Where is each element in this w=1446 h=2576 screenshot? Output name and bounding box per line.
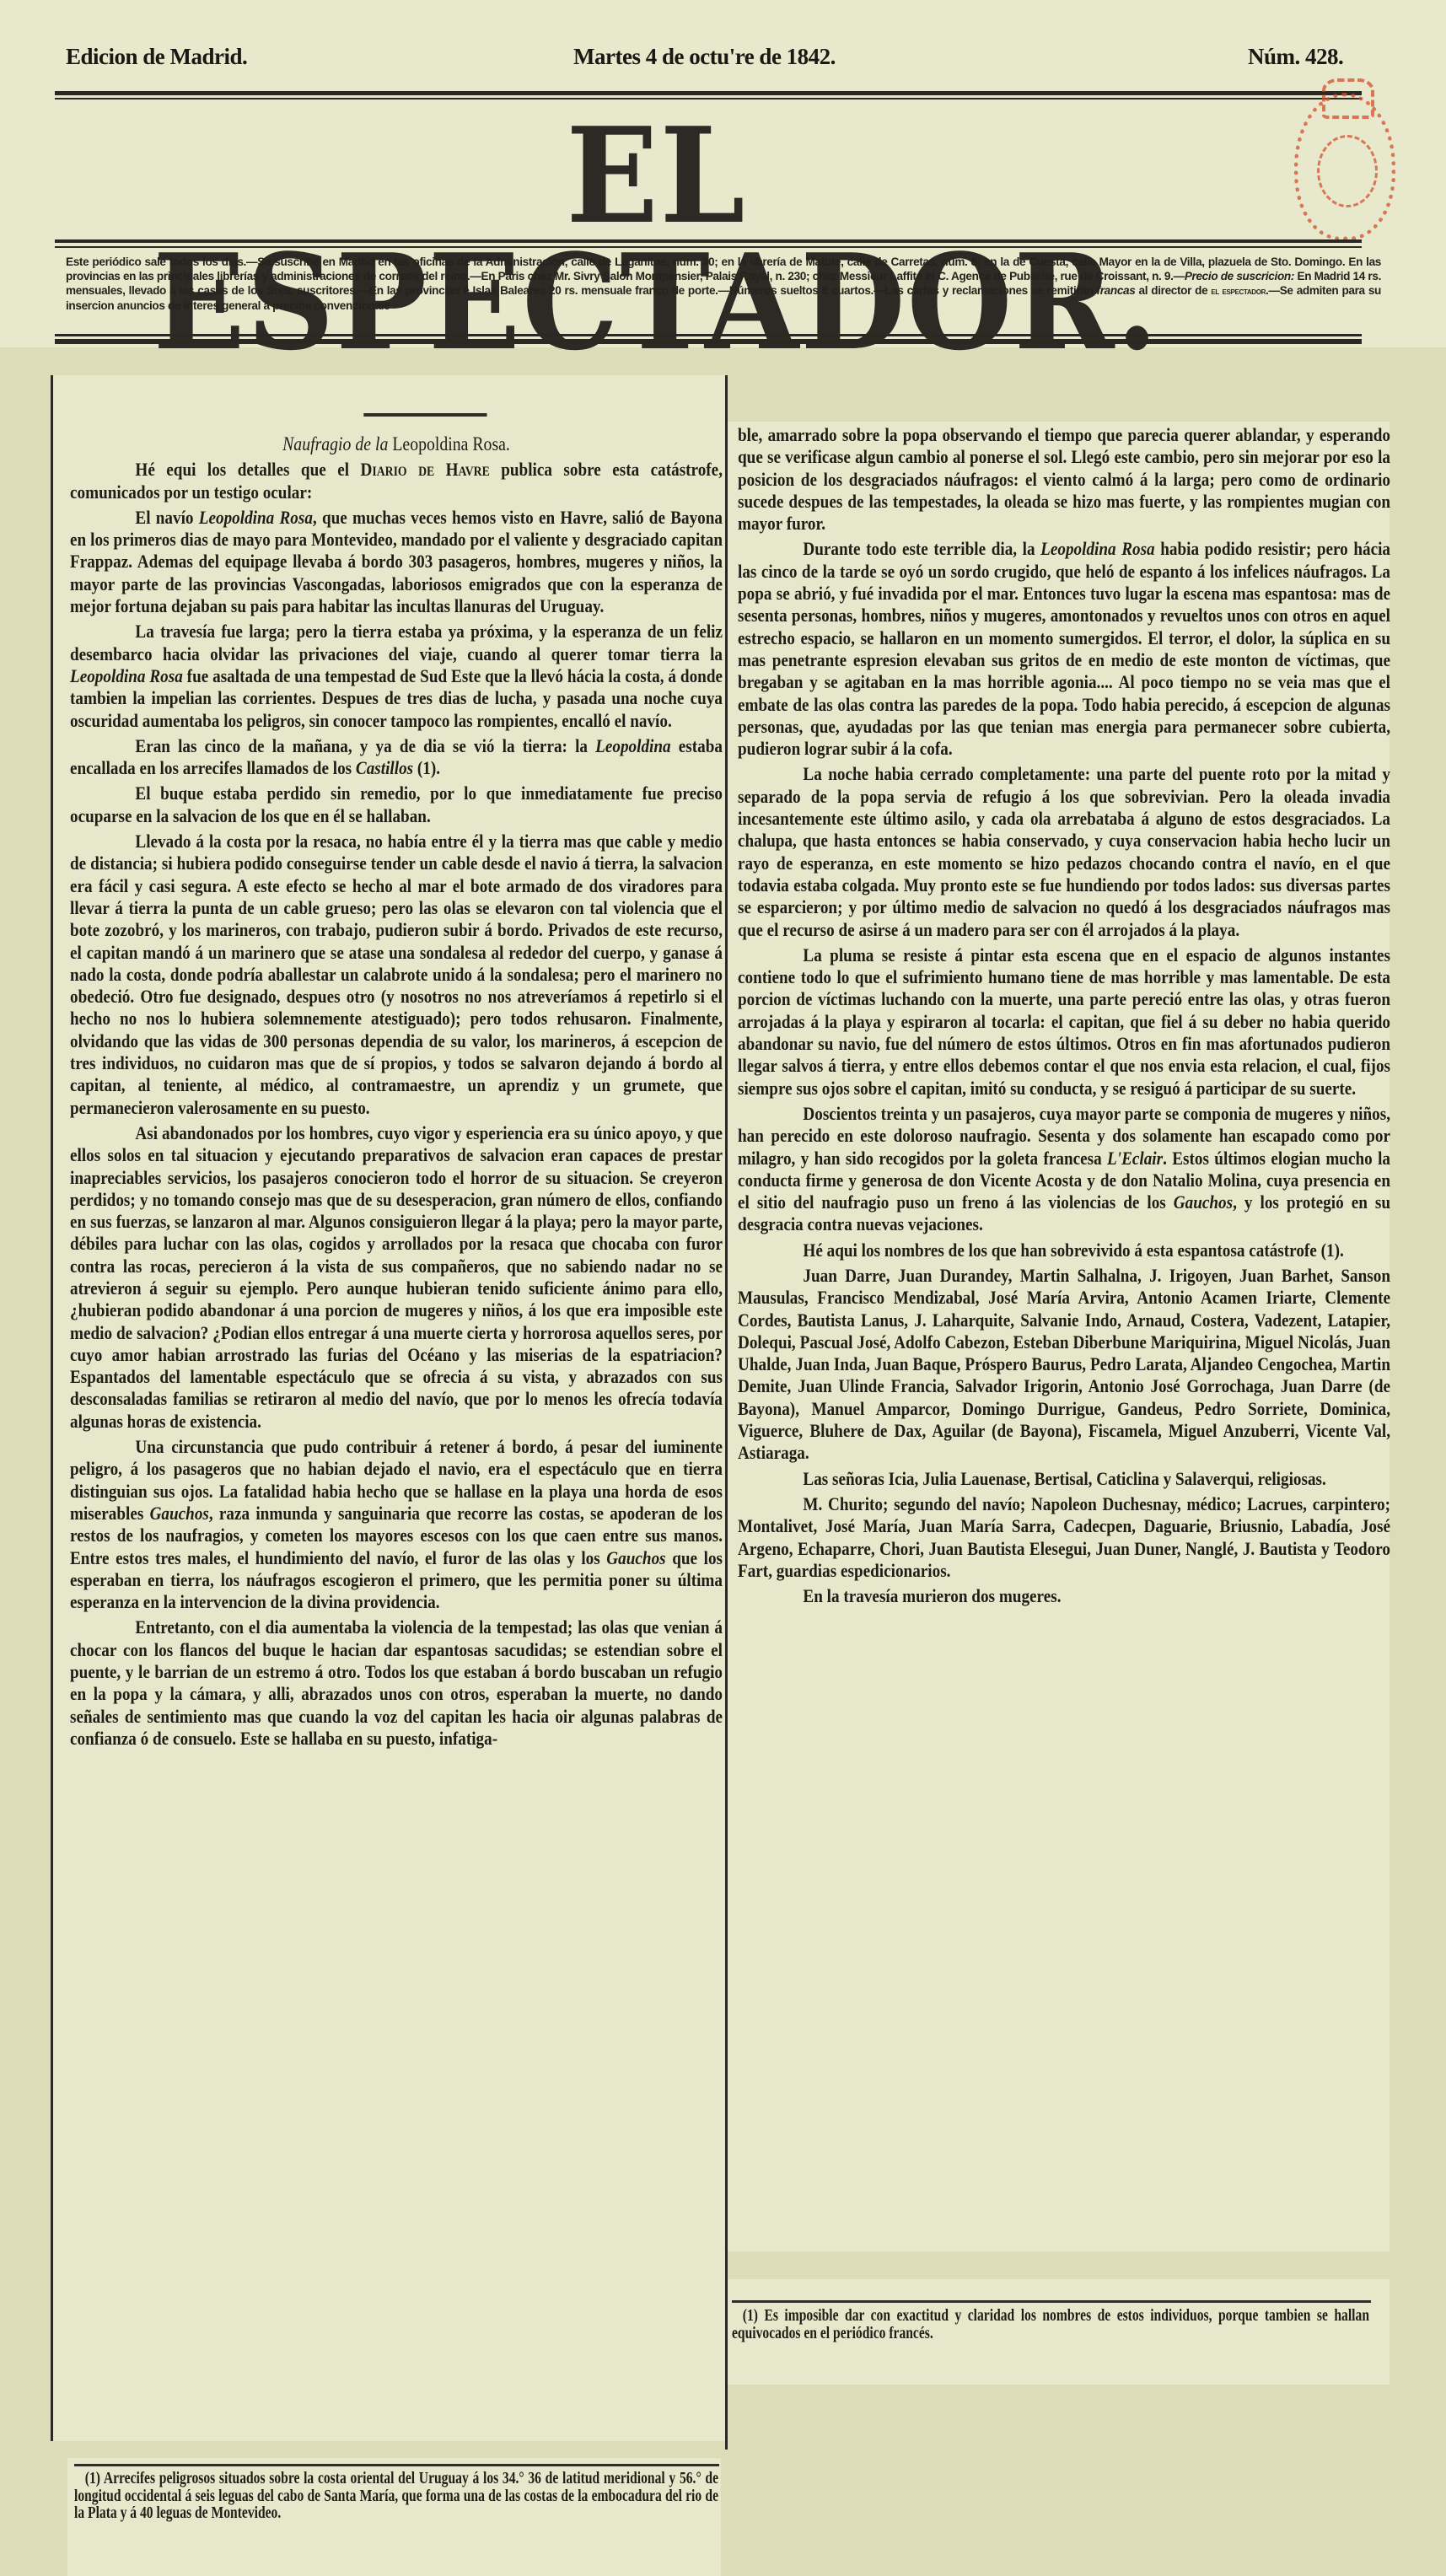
issue-date: Martes 4 de octu're de 1842. — [573, 44, 836, 70]
right-paragraphs: ble, amarrado sobre la popa observando e… — [738, 424, 1390, 1607]
masthead: Edicion de Madrid. Martes 4 de octu're d… — [0, 0, 1446, 347]
article-paragraph: Durante todo este terrible dia, la Leopo… — [738, 538, 1390, 760]
right-footnote-rule — [732, 2300, 1371, 2303]
article-paragraph: Hé equi los detalles que el Diario de Ha… — [70, 459, 723, 503]
article-paragraph: Asi abandonados por los hombres, cuyo vi… — [70, 1122, 723, 1433]
headline-rule — [363, 413, 486, 417]
article-paragraph: Hé aqui los nombres de los que han sobre… — [738, 1240, 1390, 1261]
price-label: Precio de suscricion: — [1185, 270, 1294, 282]
footnote-castillos: (1) Arrecifes peligrosos situados sobre … — [74, 2471, 718, 2523]
right-column: ble, amarrado sobre la popa observando e… — [725, 375, 1387, 2450]
article-paragraph: La noche habia cerrado completamente: un… — [738, 763, 1390, 940]
right-column-text: ble, amarrado sobre la popa observando e… — [738, 424, 1390, 1611]
masthead-top-rule — [55, 91, 1362, 95]
left-column-text: Naufragio de la Leopoldina Rosa. Hé equi… — [70, 413, 723, 1753]
left-footnote-rule — [74, 2464, 719, 2466]
article-paragraph: Las señoras Icia, Julia Lauenase, Bertis… — [738, 1468, 1390, 1490]
article-paragraph: Llevado á la costa por la resaca, no hab… — [70, 831, 723, 1119]
article-paragraph: La pluma se resiste á pintar esta escena… — [738, 944, 1390, 1100]
footnote-names: (1) Es imposible dar con exactitud y cla… — [732, 2308, 1369, 2342]
article-paragraph: Doscientos treinta y un pasajeros, cuya … — [738, 1103, 1390, 1236]
left-column: Naufragio de la Leopoldina Rosa. Hé equi… — [51, 375, 725, 2441]
article-headline: Naufragio de la Leopoldina Rosa. — [70, 433, 723, 455]
article-paragraph: El navío Leopoldina Rosa, que muchas vec… — [70, 507, 723, 617]
masthead-mid-rule — [55, 239, 1362, 243]
article-paragraph: Una circunstancia que pudo contribuir á … — [70, 1436, 723, 1613]
red-seal-stamp-icon — [1294, 93, 1395, 240]
article-paragraph: En la travesía murieron dos mugeres. — [738, 1585, 1390, 1607]
article-paragraph: Eran las cinco de la mañana, y ya de dia… — [70, 735, 723, 780]
article-paragraph: El buque estaba perdido sin remedio, por… — [70, 782, 723, 827]
subscription-notice: Este periódico sale todos los dias.—Se s… — [66, 255, 1381, 313]
article-paragraph: Entretanto, con el dia aumentaba la viol… — [70, 1616, 723, 1750]
article-paragraph: La travesía fue larga; pero la tierra es… — [70, 621, 723, 731]
article-paragraph: Juan Darre, Juan Durandey, Martin Salhal… — [738, 1265, 1390, 1465]
edition-label: Edicion de Madrid. — [66, 44, 247, 70]
masthead-bottom-rule-thin — [55, 334, 1362, 336]
issue-number: Núm. 428. — [1248, 44, 1343, 70]
masthead-bottom-rule — [55, 339, 1362, 344]
masthead-mid-rule-thin — [55, 246, 1362, 248]
article-paragraph: ble, amarrado sobre la popa observando e… — [738, 424, 1390, 535]
left-paragraphs: Hé equi los detalles que el Diario de Ha… — [70, 459, 723, 1750]
article-paragraph: M. Churito; segundo del navío; Napoleon … — [738, 1493, 1390, 1582]
